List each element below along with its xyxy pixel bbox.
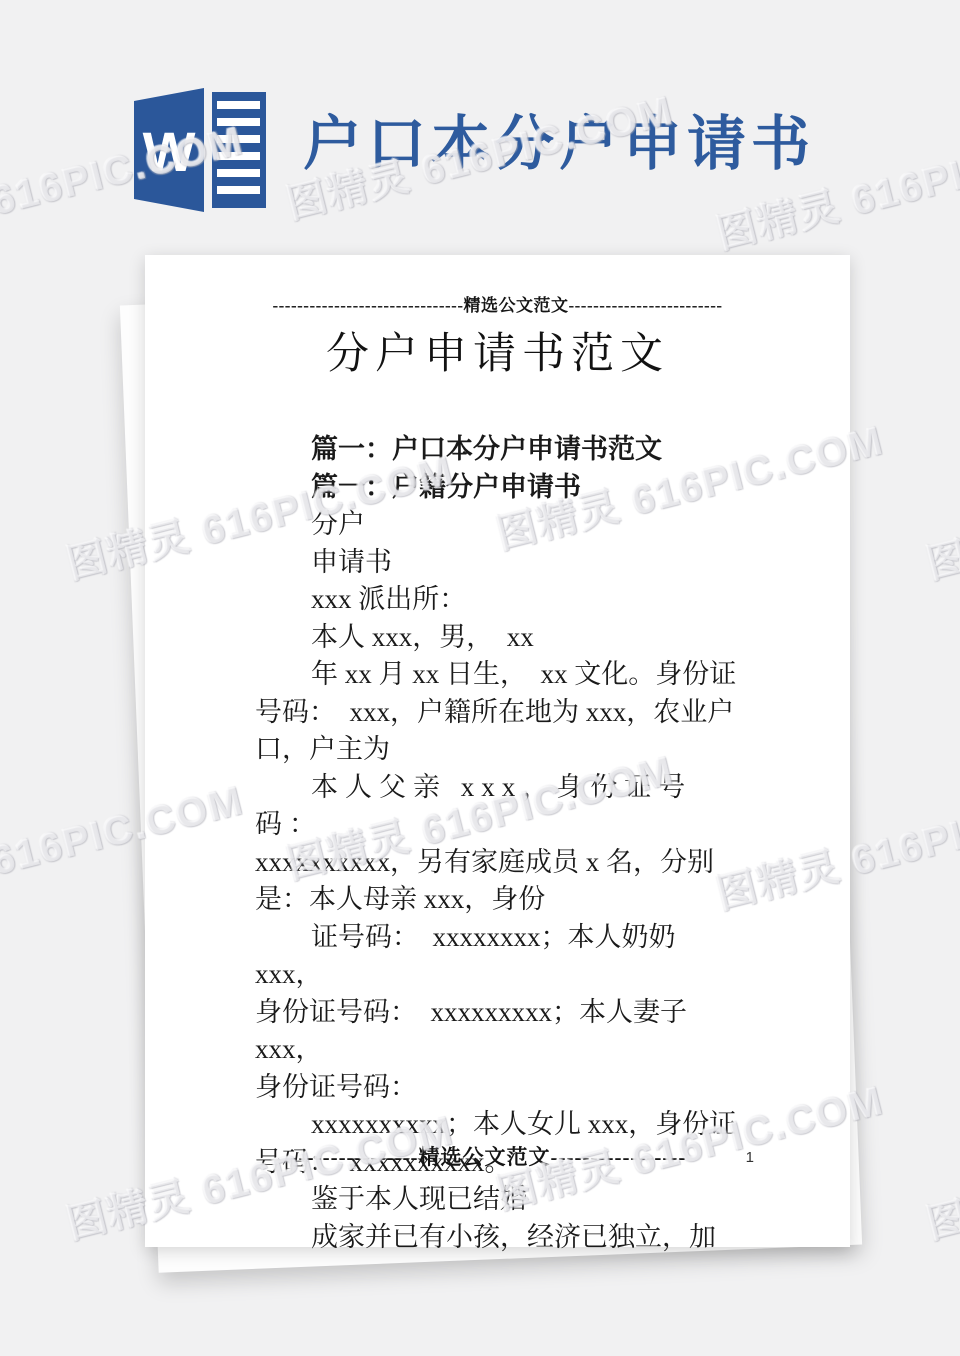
paragraph-line: xxxxxxxxxx，另有家庭成员 x 名，分别	[255, 844, 740, 882]
ms-word-icon: W	[128, 86, 268, 216]
paragraph-line: 分户	[255, 506, 740, 544]
paragraph-line: 身份证号码：	[255, 1069, 740, 1107]
paragraph-line: 成家并已有小孩，经济已独立，加	[255, 1219, 740, 1257]
header-dashes-left: -------------------------------	[272, 296, 463, 315]
paragraph-line: 年 xx 月 xx 日生， xx 文化。身份证	[255, 656, 740, 694]
paragraph-line: 证号码： xxxxxxxx；本人奶奶 xxx，	[255, 919, 740, 994]
watermark-text: 图精灵 616PIC.COM	[920, 439, 960, 590]
paragraph-line: 口，户主为	[255, 731, 740, 769]
paragraph-line: 是：本人母亲 xxx，身份	[255, 881, 740, 919]
doc-header-rule: -------------------------------精选公文范文---…	[255, 291, 740, 316]
paragraph-line: 身份证号码： xxxxxxxxx；本人妻子 xxx，	[255, 994, 740, 1069]
paragraph-line: 鉴于本人现已结婚	[255, 1181, 740, 1219]
document-page: -------------------------------精选公文范文---…	[145, 255, 850, 1247]
paragraph-line: 本人父亲 xxx，身份证号码：	[255, 769, 740, 844]
doc-body: 篇一：户口本分户申请书范文 篇一：户籍分户申请书 分户 申请书 xxx 派出所：…	[255, 431, 740, 1256]
paragraph-line: 篇一：户籍分户申请书	[255, 469, 740, 507]
paragraph-line: xxx 派出所：	[255, 581, 740, 619]
doc-title: 分户申请书范文	[255, 320, 740, 381]
paragraph-line: xxxxxxxxxx；本人女儿 xxx，身份证	[255, 1106, 740, 1144]
word-w-letter: W	[143, 120, 196, 183]
footer-label: 精选公文范文	[419, 1145, 551, 1169]
page-number: 1	[746, 1149, 754, 1166]
paragraph-line: 号码： xxx，户籍所在地为 xxx，农业户	[255, 694, 740, 732]
doc-footer-rule: ----------------精选公文范文-----------------	[245, 1141, 732, 1171]
banner-title: 户口本分户申请书	[303, 96, 843, 181]
word-logo-graphic: W	[128, 86, 268, 216]
footer-dashes-right: -----------------	[551, 1145, 687, 1169]
watermark-text: 图精灵 616PIC.COM	[920, 1099, 960, 1250]
paragraph-line: 本人 xxx，男， xx	[255, 619, 740, 657]
paragraph-line: 申请书	[255, 544, 740, 582]
paragraph-line: 篇一：户口本分户申请书范文	[255, 431, 740, 469]
header-dashes-right: -------------------------	[568, 296, 722, 315]
footer-dashes-left: ----------------	[291, 1145, 419, 1169]
header-label: 精选公文范文	[463, 296, 568, 315]
